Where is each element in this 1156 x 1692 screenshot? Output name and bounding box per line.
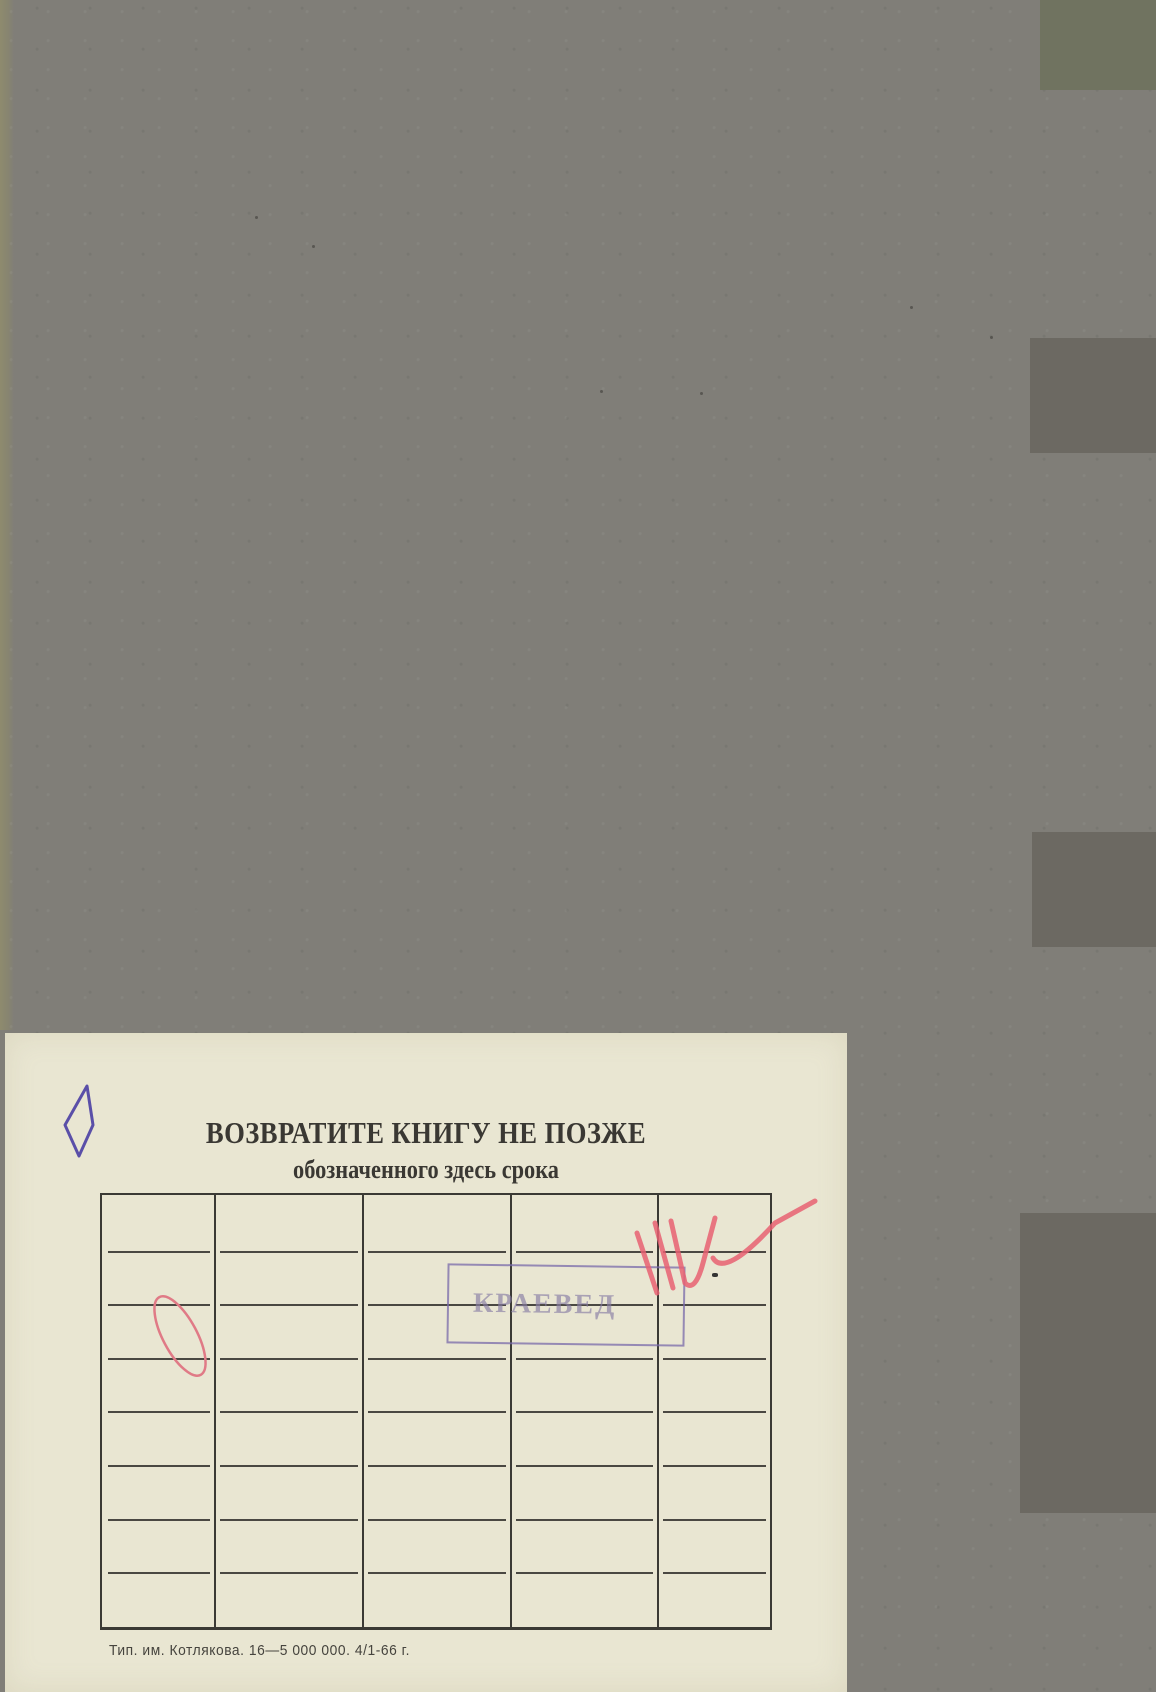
table-row-rule	[108, 1251, 210, 1253]
table-row-rule	[368, 1519, 506, 1521]
slip-title: ВОЗВРАТИТЕ КНИГУ НЕ ПОЗЖЕ	[64, 1115, 788, 1151]
column-divider	[510, 1195, 512, 1627]
ink-dot	[712, 1273, 718, 1277]
table-row-rule	[220, 1358, 358, 1360]
table-row-rule	[220, 1519, 358, 1521]
slip-subtitle: обозначенного здесь срока	[64, 1155, 788, 1185]
table-row-rule	[220, 1465, 358, 1467]
column-divider	[362, 1195, 364, 1627]
printer-imprint: Тип. им. Котлякова. 16—5 000 000. 4/1-66…	[109, 1642, 410, 1659]
table-row-rule	[108, 1519, 210, 1521]
table-row-rule	[516, 1465, 653, 1467]
tape-patch-2	[1030, 338, 1156, 453]
speck	[910, 306, 913, 309]
table-row-rule	[516, 1519, 653, 1521]
speck	[255, 216, 258, 219]
tape-patch-1	[1040, 0, 1156, 90]
speck	[312, 245, 315, 248]
table-row-rule	[663, 1358, 766, 1360]
table-row-rule	[663, 1465, 766, 1467]
table-row-rule	[516, 1572, 653, 1574]
table-row-rule	[368, 1251, 506, 1253]
speck	[600, 390, 603, 393]
table-row-rule	[368, 1572, 506, 1574]
table-row-rule	[220, 1304, 358, 1306]
red-oval-mark-icon	[140, 1281, 220, 1391]
speck	[990, 336, 993, 339]
table-row-rule	[516, 1358, 653, 1360]
table-row-rule	[663, 1519, 766, 1521]
table-row-rule	[220, 1251, 358, 1253]
speck	[700, 392, 703, 395]
tape-patch-3	[1032, 832, 1156, 947]
table-row-rule	[108, 1465, 210, 1467]
table-row-rule	[368, 1465, 506, 1467]
table-row-rule	[108, 1572, 210, 1574]
tape-patch-4	[1020, 1213, 1156, 1513]
column-divider	[214, 1195, 216, 1627]
table-row-rule	[368, 1358, 506, 1360]
table-row-rule	[368, 1411, 506, 1413]
table-row-rule	[220, 1572, 358, 1574]
due-date-slip: ВОЗВРАТИТЕ КНИГУ НЕ ПОЗЖЕ обозначенного …	[5, 1033, 847, 1692]
stamp-text: КРАЕВЕД	[473, 1288, 617, 1322]
table-row-rule	[516, 1411, 653, 1413]
table-row-rule	[663, 1572, 766, 1574]
table-row-rule	[108, 1411, 210, 1413]
table-row-rule	[220, 1411, 358, 1413]
red-signature-mark-icon	[625, 1193, 825, 1303]
table-row-rule	[663, 1411, 766, 1413]
